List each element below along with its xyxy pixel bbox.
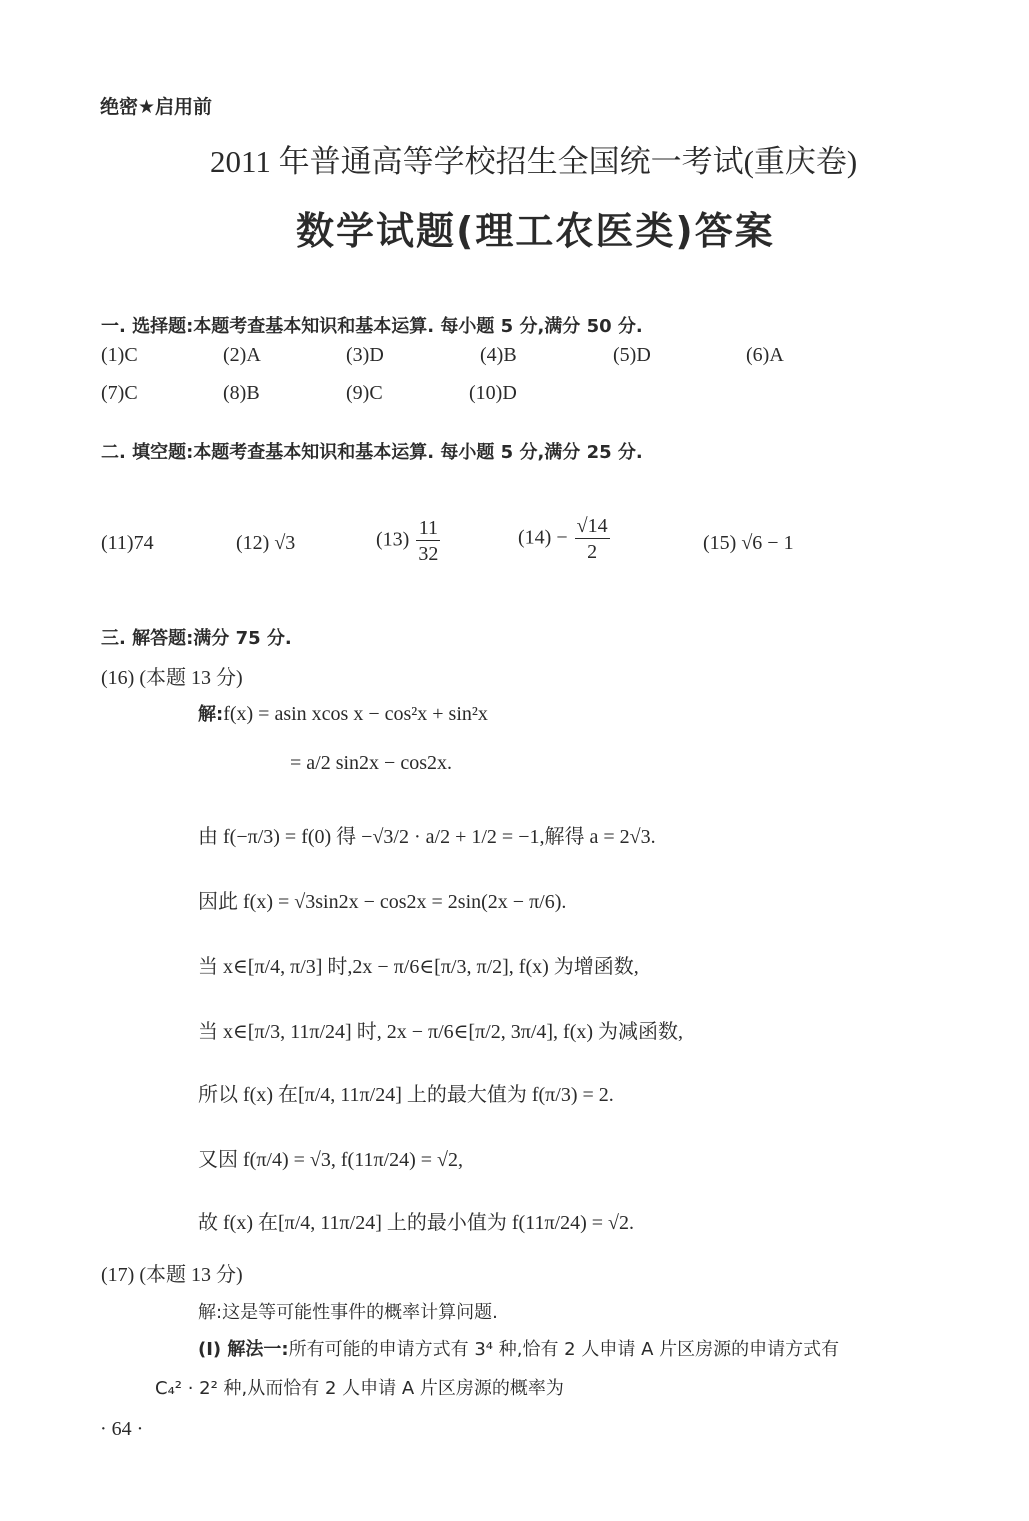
section3-heading: 三. 解答题:满分 75 分.: [101, 624, 292, 650]
q16-line-3: 由 f(−π/3) = f(0) 得 −√3/2 · a/2 + 1/2 = −…: [198, 820, 656, 849]
q17-part1-continued: C₄² · 2² 种,从而恰有 2 人申请 A 片区房源的概率为: [155, 1374, 564, 1400]
choice-answer: (3)D: [346, 344, 384, 367]
q16-line-6: 当 x∈[π/3, 11π/24] 时, 2x − π/6∈[π/2, 3π/4…: [198, 1015, 683, 1044]
choice-answer: (4)B: [480, 344, 517, 367]
fill-answer: (12) √3: [236, 532, 295, 555]
fraction: √142: [575, 516, 610, 562]
page-number: · 64 ·: [100, 1418, 143, 1441]
answer-number: (11): [101, 532, 134, 554]
fill-answer: (11)74: [101, 532, 154, 555]
q16-line-7: 所以 f(x) 在[π/4, 11π/24] 上的最大值为 f(π/3) = 2…: [198, 1078, 614, 1107]
solve-prefix: 解:: [198, 704, 223, 725]
answer-number: (12): [236, 532, 269, 554]
classification-label: 绝密★启用前: [100, 92, 212, 119]
q16-label: (16) (本题 13 分): [101, 661, 243, 690]
choice-answer: (9)C: [346, 382, 383, 405]
section1-heading: 一. 选择题:本题考查基本知识和基本运算. 每小题 5 分,满分 50 分.: [101, 312, 643, 338]
choice-answer: (10)D: [469, 382, 517, 405]
exam-title: 2011 年普通高等学校招生全国统一考试(重庆卷): [210, 136, 857, 181]
fill-answer: (14) − √142: [518, 516, 612, 562]
answer-number: (13): [376, 529, 409, 551]
choice-answer: (2)A: [223, 344, 261, 367]
answer-title: 数学试题(理工农医类)答案: [296, 200, 775, 255]
fill-answer: (13) 1132: [376, 518, 442, 564]
q16-line-1: 解:f(x) = asin xcos x − cos²x + sin²x: [198, 700, 488, 726]
fraction: 1132: [416, 518, 440, 564]
q17-intro: 解:这是等可能性事件的概率计算问题.: [198, 1298, 498, 1324]
section2-heading: 二. 填空题:本题考查基本知识和基本运算. 每小题 5 分,满分 25 分.: [101, 438, 643, 464]
choice-answer: (5)D: [613, 344, 651, 367]
q16-line-2: = a/2 sin2x − cos2x.: [290, 752, 452, 775]
answer-value: √3: [274, 532, 295, 554]
numerator: √14: [575, 516, 610, 539]
q16-line-4: 因此 f(x) = √3sin2x − cos2x = 2sin(2x − π/…: [198, 885, 566, 914]
denominator: 32: [416, 541, 440, 564]
answer-value: √6 − 1: [741, 532, 793, 554]
answer-value: 74: [134, 532, 154, 554]
part1-text: 所有可能的申请方式有 3⁴ 种,恰有 2 人申请 A 片区房源的申请方式有: [289, 1339, 839, 1360]
answer-number: (15): [703, 532, 736, 554]
numerator: 11: [416, 518, 440, 541]
choice-answer: (1)C: [101, 344, 138, 367]
denominator: 2: [575, 539, 610, 562]
q16-line-9: 故 f(x) 在[π/4, 11π/24] 上的最小值为 f(11π/24) =…: [198, 1206, 634, 1235]
q17-part1: (Ⅰ) 解法一:所有可能的申请方式有 3⁴ 种,恰有 2 人申请 A 片区房源的…: [198, 1335, 839, 1361]
fill-answer: (15) √6 − 1: [703, 532, 794, 555]
choice-answer: (8)B: [223, 382, 260, 405]
q16-line-5: 当 x∈[π/4, π/3] 时,2x − π/6∈[π/3, π/2], f(…: [198, 950, 639, 979]
part1-label: (Ⅰ) 解法一:: [198, 1339, 289, 1360]
minus-sign: −: [556, 527, 567, 549]
q17-label: (17) (本题 13 分): [101, 1258, 243, 1287]
choice-answer: (7)C: [101, 382, 138, 405]
q16-line-8: 又因 f(π/4) = √3, f(11π/24) = √2,: [198, 1143, 463, 1172]
formula: f(x) = asin xcos x − cos²x + sin²x: [223, 703, 488, 725]
choice-answer: (6)A: [746, 344, 784, 367]
answer-number: (14): [518, 527, 551, 549]
